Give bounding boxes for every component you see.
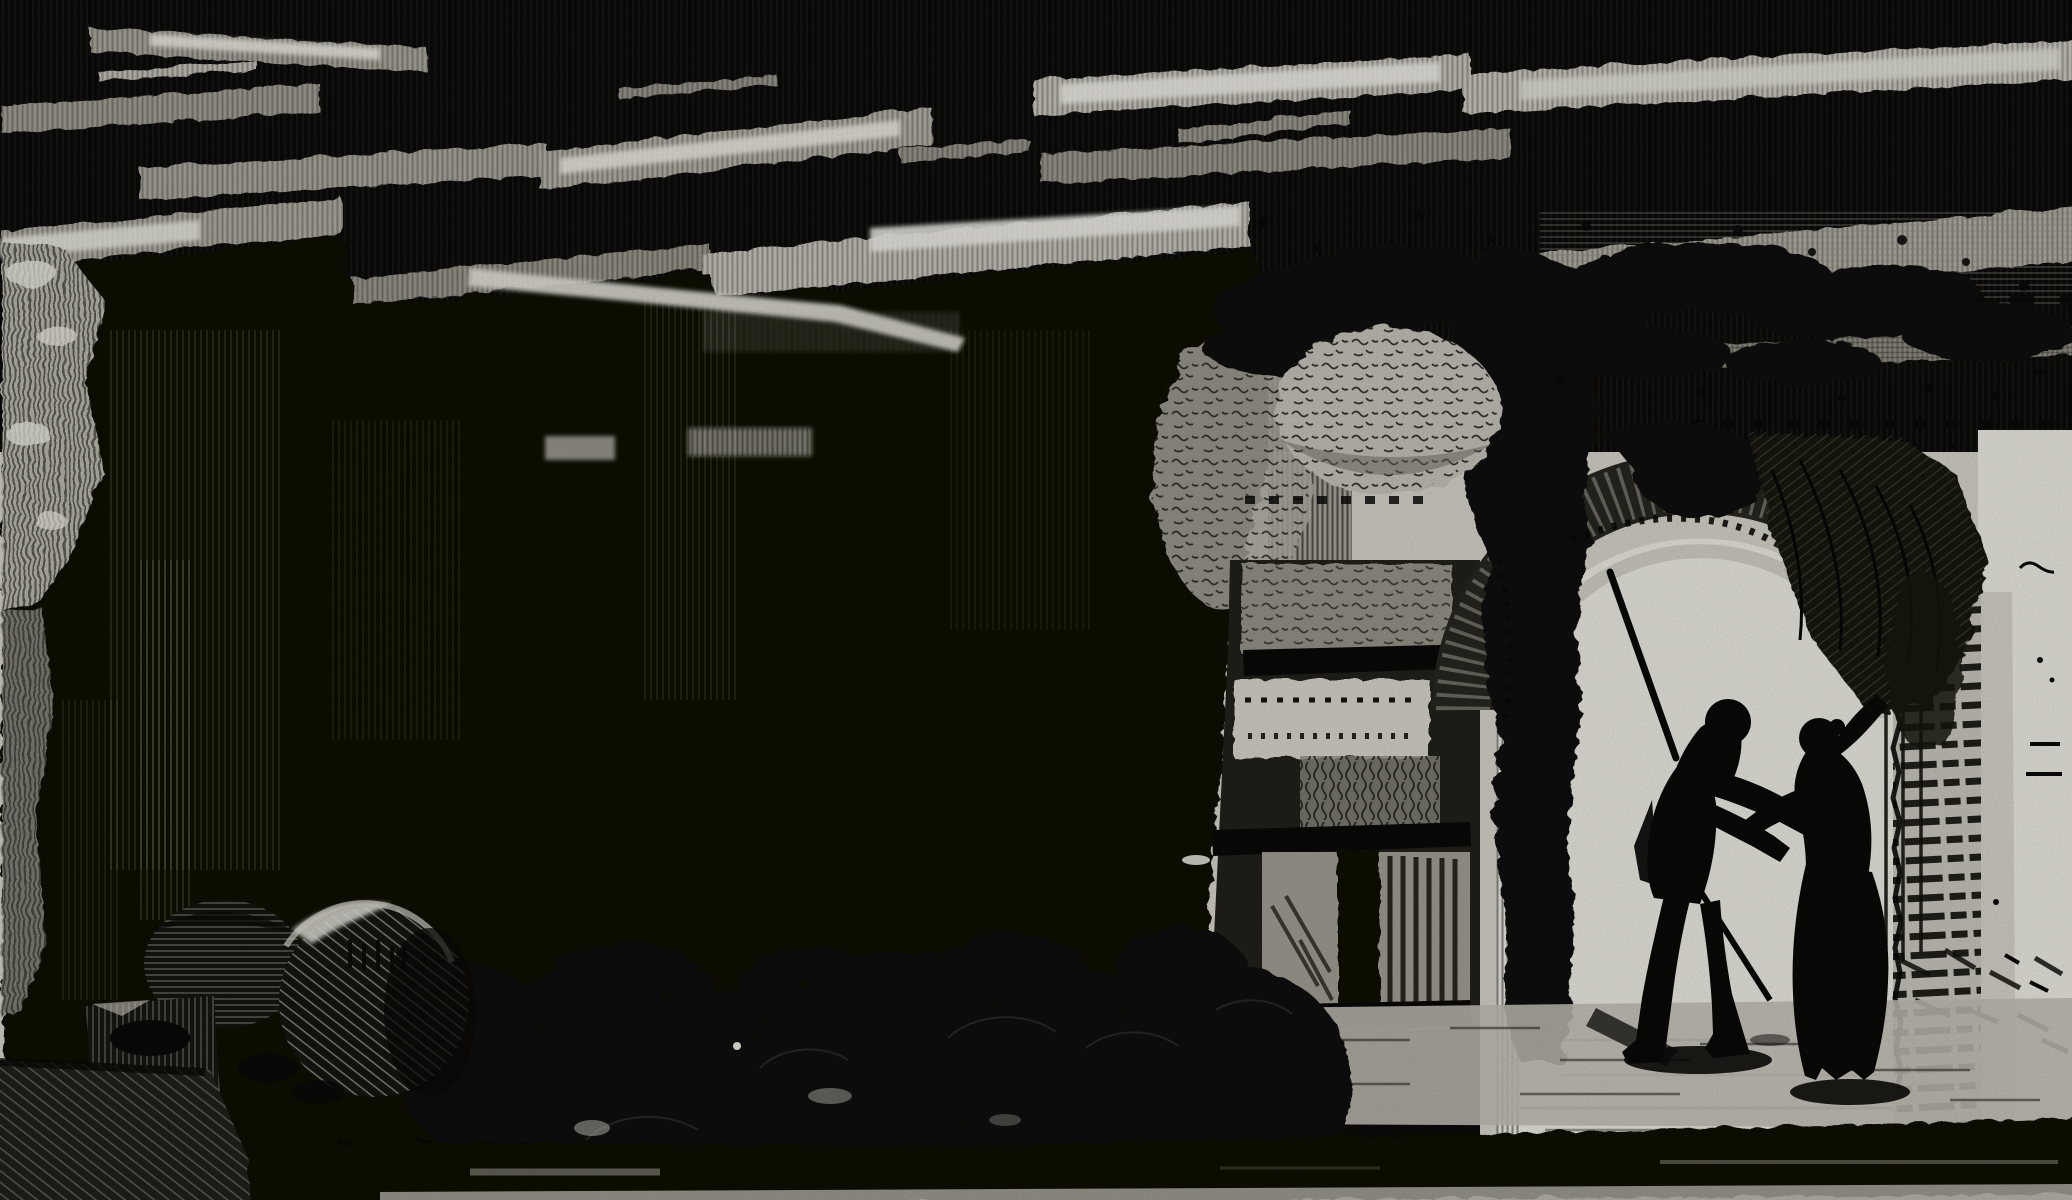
etching-canvas: Etching detail — rocky ruin with overgro… [0, 0, 2072, 1200]
etching-artwork: Etching detail — rocky ruin with overgro… [0, 0, 2072, 1200]
paper-grain-overlay [0, 0, 2072, 1200]
